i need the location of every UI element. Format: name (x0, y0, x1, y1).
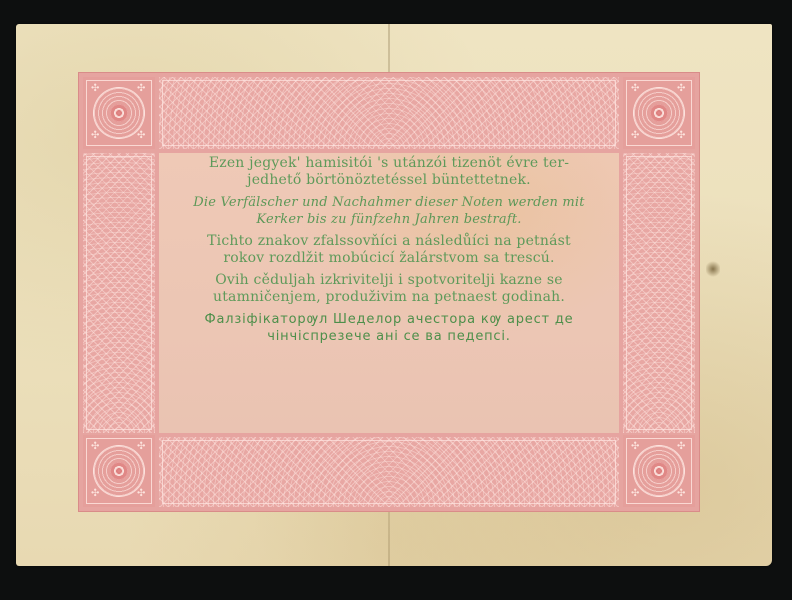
leaf-icon: ✣ (677, 131, 685, 141)
banknote: ✣ ✣ ✣ ✣ ✣ ✣ ✣ ✣ ✣ ✣ ✣ ✣ ✣ ✣ ✣ ✣ (16, 24, 772, 566)
leaf-icon: ✣ (91, 489, 99, 499)
text-line: чінчіспрезече ані се ва педепсі. (159, 328, 619, 345)
text-line: utamničenjem, produživim na petnaest god… (159, 289, 619, 306)
text-line: Ezen jegyek' hamisitói 's utánzói tizenö… (159, 155, 619, 172)
leaf-icon: ✣ (91, 442, 99, 452)
leaf-icon: ✣ (137, 442, 145, 452)
leaf-icon: ✣ (137, 489, 145, 499)
warning-romanian-cyrillic: Фалзіфікаторѹл Шеделор ачестора кѹ арест… (159, 311, 619, 345)
text-line: rokov rozdlžit mobúcicí žalárstvom sa tr… (159, 250, 619, 267)
leaf-icon: ✣ (677, 489, 685, 499)
text-line: jedhető börtönöztetéssel büntettetnek. (159, 172, 619, 189)
guilloche-band-right (623, 153, 695, 433)
corner-ornament-bottom-left: ✣ ✣ ✣ ✣ (83, 435, 155, 507)
stain-spot (706, 260, 720, 278)
leaf-icon: ✣ (137, 84, 145, 94)
leaf-icon: ✣ (631, 131, 639, 141)
corner-ornament-top-left: ✣ ✣ ✣ ✣ (83, 77, 155, 149)
guilloche-band-left (83, 153, 155, 433)
text-line: Фалзіфікаторѹл Шеделор ачестора кѹ арест… (159, 311, 619, 328)
leaf-icon: ✣ (631, 84, 639, 94)
leaf-icon: ✣ (631, 489, 639, 499)
leaf-icon: ✣ (677, 84, 685, 94)
warning-croatian: Ovih cěduljah izkrivitelji i spotvoritel… (159, 272, 619, 306)
corner-ornament-bottom-right: ✣ ✣ ✣ ✣ (623, 435, 695, 507)
leaf-icon: ✣ (137, 131, 145, 141)
guilloche-band-bottom (159, 437, 619, 507)
text-panel: Ezen jegyek' hamisitói 's utánzói tizenö… (159, 153, 619, 433)
text-line: Tichto znakov zfalssovňíci a následůíci … (159, 233, 619, 250)
warning-slovak: Tichto znakov zfalssovňíci a následůíci … (159, 233, 619, 267)
leaf-icon: ✣ (631, 442, 639, 452)
warning-german: Die Verfälscher und Nachahmer dieser Not… (159, 194, 619, 228)
warning-text-block: Ezen jegyek' hamisitói 's utánzói tizenö… (159, 155, 619, 350)
leaf-icon: ✣ (91, 84, 99, 94)
pink-guilloche-frame: ✣ ✣ ✣ ✣ ✣ ✣ ✣ ✣ ✣ ✣ ✣ ✣ ✣ ✣ ✣ ✣ (78, 72, 700, 512)
warning-hungarian: Ezen jegyek' hamisitói 's utánzói tizenö… (159, 155, 619, 189)
leaf-icon: ✣ (91, 131, 99, 141)
text-line: Die Verfälscher und Nachahmer dieser Not… (159, 194, 619, 211)
corner-ornament-top-right: ✣ ✣ ✣ ✣ (623, 77, 695, 149)
leaf-icon: ✣ (677, 442, 685, 452)
guilloche-band-top (159, 77, 619, 149)
text-line: Kerker bis zu fünfzehn Jahren bestraft. (159, 211, 619, 228)
text-line: Ovih cěduljah izkrivitelji i spotvoritel… (159, 272, 619, 289)
